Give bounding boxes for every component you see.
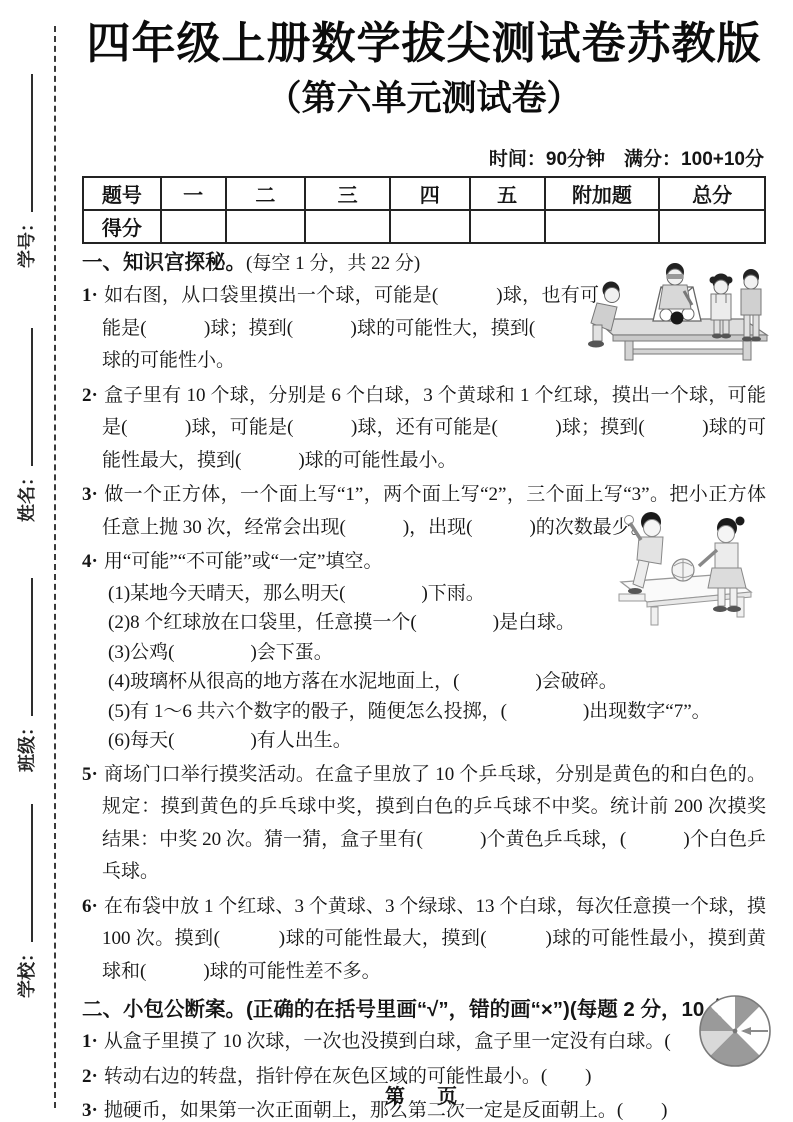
score-table-header-cell: 总分 [659,177,765,210]
question-4-subitem-3: (3)公鸡( )会下蛋。 [82,638,766,668]
page-subtitle: （第六单元测试卷） [82,76,766,122]
score-table: 题号 一 二 三 四 五 附加题 总分 得分 [82,176,766,244]
student-number-blank-line [17,74,33,212]
score-cell-empty [161,210,226,243]
score-table-header-cell: 题号 [83,177,161,210]
question-5-text: 商场门口举行摸奖活动。在盒子里放了 10 个乒乓球，分别是黄色的和白色的。规定：… [102,764,766,883]
class-field: 班级： [13,560,43,772]
question-2-number: 2· [82,385,98,406]
question-6-number: 6· [82,896,98,917]
school-field: 学校： [13,786,43,998]
score-cell-empty [390,210,470,243]
score-cell-empty [470,210,545,243]
score-cell-empty [305,210,390,243]
score-row-label: 得分 [83,210,161,243]
page-title: 四年级上册数学拔尖测试卷苏教版 [82,16,766,72]
illustration-kids-drawing-balls-icon [583,261,775,367]
question-2: 2·盒子里有 10 个球，分别是 6 个白球，3 个黄球和 1 个红球，摸出一个… [82,380,766,478]
section2-question-1-text: 从盒子里摸了 10 次球，一次也没摸到白球，盒子里一定没有白球。( ) [104,1031,715,1052]
question-4-text: 用“可能”“不可能”或“一定”填空。 [104,551,383,572]
question-6-text: 在布袋中放 1 个红球、3 个黄球、3 个绿球、13 个白球，每次任意摸一个球，… [102,896,766,982]
page-number-label: 第 页 [82,1080,766,1109]
question-2-text: 盒子里有 10 个球，分别是 6 个白球，3 个黄球和 1 个红球，摸出一个球，… [102,385,766,471]
section2-title: 二、小包公断案。 [82,998,246,1021]
question-4-number: 4· [82,551,98,572]
score-cell-empty [659,210,765,243]
score-table-header-cell: 附加题 [545,177,660,210]
question-5-number: 5· [82,764,98,785]
question-6: 6·在布袋中放 1 个红球、3 个黄球、3 个绿球、13 个白球，每次任意摸一个… [82,891,766,989]
section2-question-1-number: 1· [82,1031,98,1052]
class-blank-line [17,578,33,716]
score-table-header-cell: 五 [470,177,545,210]
question-1-text: 如右图，从口袋里摸出一个球，可能是( )球，也有可能是( )球；摸到( )球的可… [102,285,599,371]
student-name-field: 姓名： [13,310,43,522]
test-paper-page: 学号： 姓名： 班级： 学校： 四年级上册数学拔尖测试卷苏教版 （第六单元测试卷… [0,0,793,1122]
score-cell-empty [545,210,660,243]
question-4-subitem-5: (5)有 1～6 共六个数字的骰子，随便怎么投掷，( )出现数字“7”。 [82,697,766,727]
school-label: 学校： [17,944,37,998]
school-blank-line [17,804,33,942]
score-table-header-cell: 二 [226,177,306,210]
student-name-label: 姓名： [17,468,37,522]
score-table-header-cell: 一 [161,177,226,210]
spinner-wheel-icon [697,993,773,1069]
section2-question-1: 1·从盒子里摸了 10 次球，一次也没摸到白球，盒子里一定没有白球。( ) [82,1026,766,1059]
score-cell-empty [226,210,306,243]
class-label: 班级： [17,718,37,772]
time-and-score-info: 时间：90分钟 满分：100+10分 [82,144,764,171]
score-table-header-cell: 三 [305,177,390,210]
section1-title: 一、知识宫探秘。 [82,251,246,274]
dashed-margin-rule [54,26,56,1108]
student-number-field: 学号： [13,56,43,268]
student-number-label: 学号： [17,214,37,268]
section1-points: (每空 1 分，共 22 分) [246,253,420,274]
score-table-score-row: 得分 [83,210,765,243]
question-4-subitem-4: (4)玻璃杯从很高的地方落在水泥地面上，( )会破碎。 [82,667,766,697]
score-table-header-cell: 四 [390,177,470,210]
question-4-subitem-6: (6)每天( )有人出生。 [82,726,766,756]
score-table-header-row: 题号 一 二 三 四 五 附加题 总分 [83,177,765,210]
question-3-number: 3· [82,484,98,505]
section2-header: 二、小包公断案。(正确的在括号里画“√”，错的画“×”)(每题 2 分，10 分… [82,996,766,1023]
section2-points: (正确的在括号里画“√”，错的画“×”)(每题 2 分，10 分) [246,998,737,1021]
student-name-blank-line [17,328,33,466]
question-1: 1·如右图，从口袋里摸出一个球，可能是( )球，也有可能是( )球；摸到( )球… [82,280,599,378]
question-1-number: 1· [82,285,98,306]
question-5: 5·商场门口举行摸奖活动。在盒子里放了 10 个乒乓球，分别是黄色的和白色的。规… [82,759,766,889]
illustration-kids-tossing-cube-icon [599,490,777,632]
